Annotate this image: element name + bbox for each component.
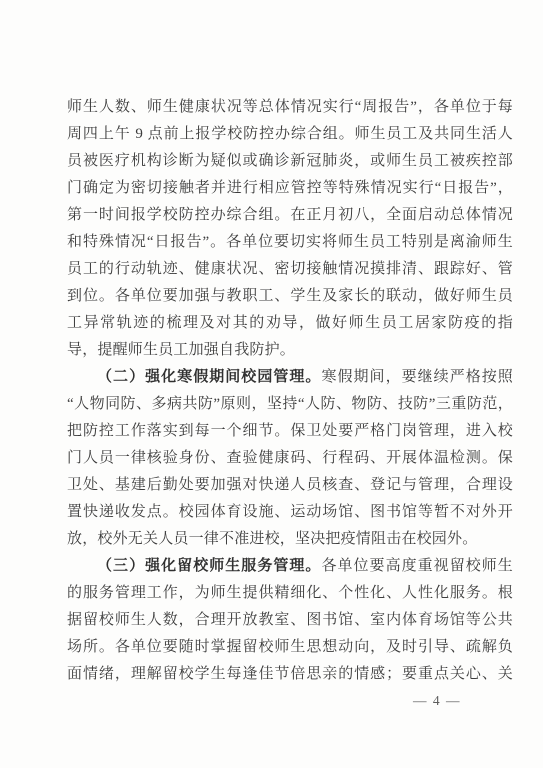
document-page: 师生人数、师生健康状况等总体情况实行“周报告”，各单位于每周四上午 9 点前上报… (0, 0, 543, 768)
text-line: “人物同防、多病共防”原则，坚持“人防、物防、技防”三重防范， (67, 391, 513, 418)
section-heading-text: （二）强化寒假期间校园管理。 (97, 369, 321, 385)
text-line: 周四上午 9 点前上报学校防控办综合组。师生员工及共同生活人 (67, 121, 513, 148)
text-line: 把防控工作落实到每一个细节。保卫处要严格门岗管理，进入校 (67, 418, 513, 445)
body-text: 门人员一律核验身份、查验健康码、行程码、开展体温检测。保 (67, 450, 513, 466)
text-line: 员被医疗机构诊断为疑似或确诊新冠肺炎，或师生员工被疾控部 (67, 148, 513, 175)
text-line: 场所。各单位要随时掌握留校师生思想动向，及时引导、疏解负 (67, 634, 513, 661)
body-text: 门确定为密切接触者并进行相应管控等特殊情况实行“日报告”， (67, 180, 513, 196)
body-text: 的服务管理工作，为师生提供精细化、个性化、人性化服务。根 (67, 585, 513, 601)
section-heading-text: （三）强化留校师生服务管理。 (97, 558, 321, 574)
text-line: 导，提醒师生员工加强自我防护。 (67, 337, 513, 364)
body-text: 寒假期间，要继续严格按照 (321, 369, 513, 385)
text-line: 和特殊情况“日报告”。各单位要切实将师生员工特别是离渝师生 (67, 229, 513, 256)
body-text: 和特殊情况“日报告”。各单位要切实将师生员工特别是离渝师生 (67, 234, 513, 250)
body-text: 据留校师生人数，合理开放教室、图书馆、室内体育场馆等公共 (67, 612, 513, 628)
text-line: 的服务管理工作，为师生提供精细化、个性化、人性化服务。根 (67, 580, 513, 607)
text-line: 工异常轨迹的梳理及对其的劝导，做好师生员工居家防疫的指 (67, 310, 513, 337)
text-line: 师生人数、师生健康状况等总体情况实行“周报告”，各单位于每 (67, 94, 513, 121)
text-line: 置快递收发点。校园体育设施、运动场馆、图书馆等暂不对外开 (67, 499, 513, 526)
body-text: 周四上午 9 点前上报学校防控办综合组。师生员工及共同生活人 (67, 126, 513, 142)
text-line: 门人员一律核验身份、查验健康码、行程码、开展体温检测。保 (67, 445, 513, 472)
body-text: 场所。各单位要随时掌握留校师生思想动向，及时引导、疏解负 (67, 639, 513, 655)
body-text: 员工的行动轨迹、健康状况、密切接触情况摸排清、跟踪好、管 (67, 261, 513, 277)
text-line: 门确定为密切接触者并进行相应管控等特殊情况实行“日报告”， (67, 175, 513, 202)
body-text: 置快递收发点。校园体育设施、运动场馆、图书馆等暂不对外开 (67, 504, 513, 520)
text-line: 面情绪，理解留校学生每逢佳节倍思亲的情感；要重点关心、关 (67, 661, 513, 688)
text-line: 放，校外无关人员一律不准进校，坚决把疫情阻击在校园外。 (67, 526, 513, 553)
text-line: 卫处、基建后勤处要加强对快递人员核查、登记与管理，合理设 (67, 472, 513, 499)
text-line: 员工的行动轨迹、健康状况、密切接触情况摸排清、跟踪好、管 (67, 256, 513, 283)
body-text: 员被医疗机构诊断为疑似或确诊新冠肺炎，或师生员工被疾控部 (67, 153, 513, 169)
body-text: 面情绪，理解留校学生每逢佳节倍思亲的情感；要重点关心、关 (67, 666, 513, 682)
text-line: 据留校师生人数，合理开放教室、图书馆、室内体育场馆等公共 (67, 607, 513, 634)
document-body: 师生人数、师生健康状况等总体情况实行“周报告”，各单位于每周四上午 9 点前上报… (67, 94, 513, 688)
body-text: 卫处、基建后勤处要加强对快递人员核查、登记与管理，合理设 (67, 477, 513, 493)
text-line: 到位。各单位要加强与教职工、学生及家长的联动，做好师生员 (67, 283, 513, 310)
body-text: 各单位要高度重视留校师生 (321, 558, 513, 574)
body-text: 第一时间报学校防控办综合组。在正月初八，全面启动总体情况 (67, 207, 513, 223)
body-text: 导，提醒师生员工加强自我防护。 (67, 342, 295, 358)
body-text: “人物同防、多病共防”原则，坚持“人防、物防、技防”三重防范， (67, 396, 513, 412)
text-line: 第一时间报学校防控办综合组。在正月初八，全面启动总体情况 (67, 202, 513, 229)
body-text: 工异常轨迹的梳理及对其的劝导，做好师生员工居家防疫的指 (67, 315, 513, 331)
text-line: （二）强化寒假期间校园管理。寒假期间，要继续严格按照 (67, 364, 513, 391)
body-text: 到位。各单位要加强与教职工、学生及家长的联动，做好师生员 (67, 288, 513, 304)
body-text: 放，校外无关人员一律不准进校，坚决把疫情阻击在校园外。 (67, 531, 477, 547)
body-text: 把防控工作落实到每一个细节。保卫处要严格门岗管理，进入校 (67, 423, 513, 439)
text-line: （三）强化留校师生服务管理。各单位要高度重视留校师生 (67, 553, 513, 580)
body-text: 师生人数、师生健康状况等总体情况实行“周报告”，各单位于每 (67, 99, 513, 115)
page-number: — 4 — (413, 692, 461, 710)
